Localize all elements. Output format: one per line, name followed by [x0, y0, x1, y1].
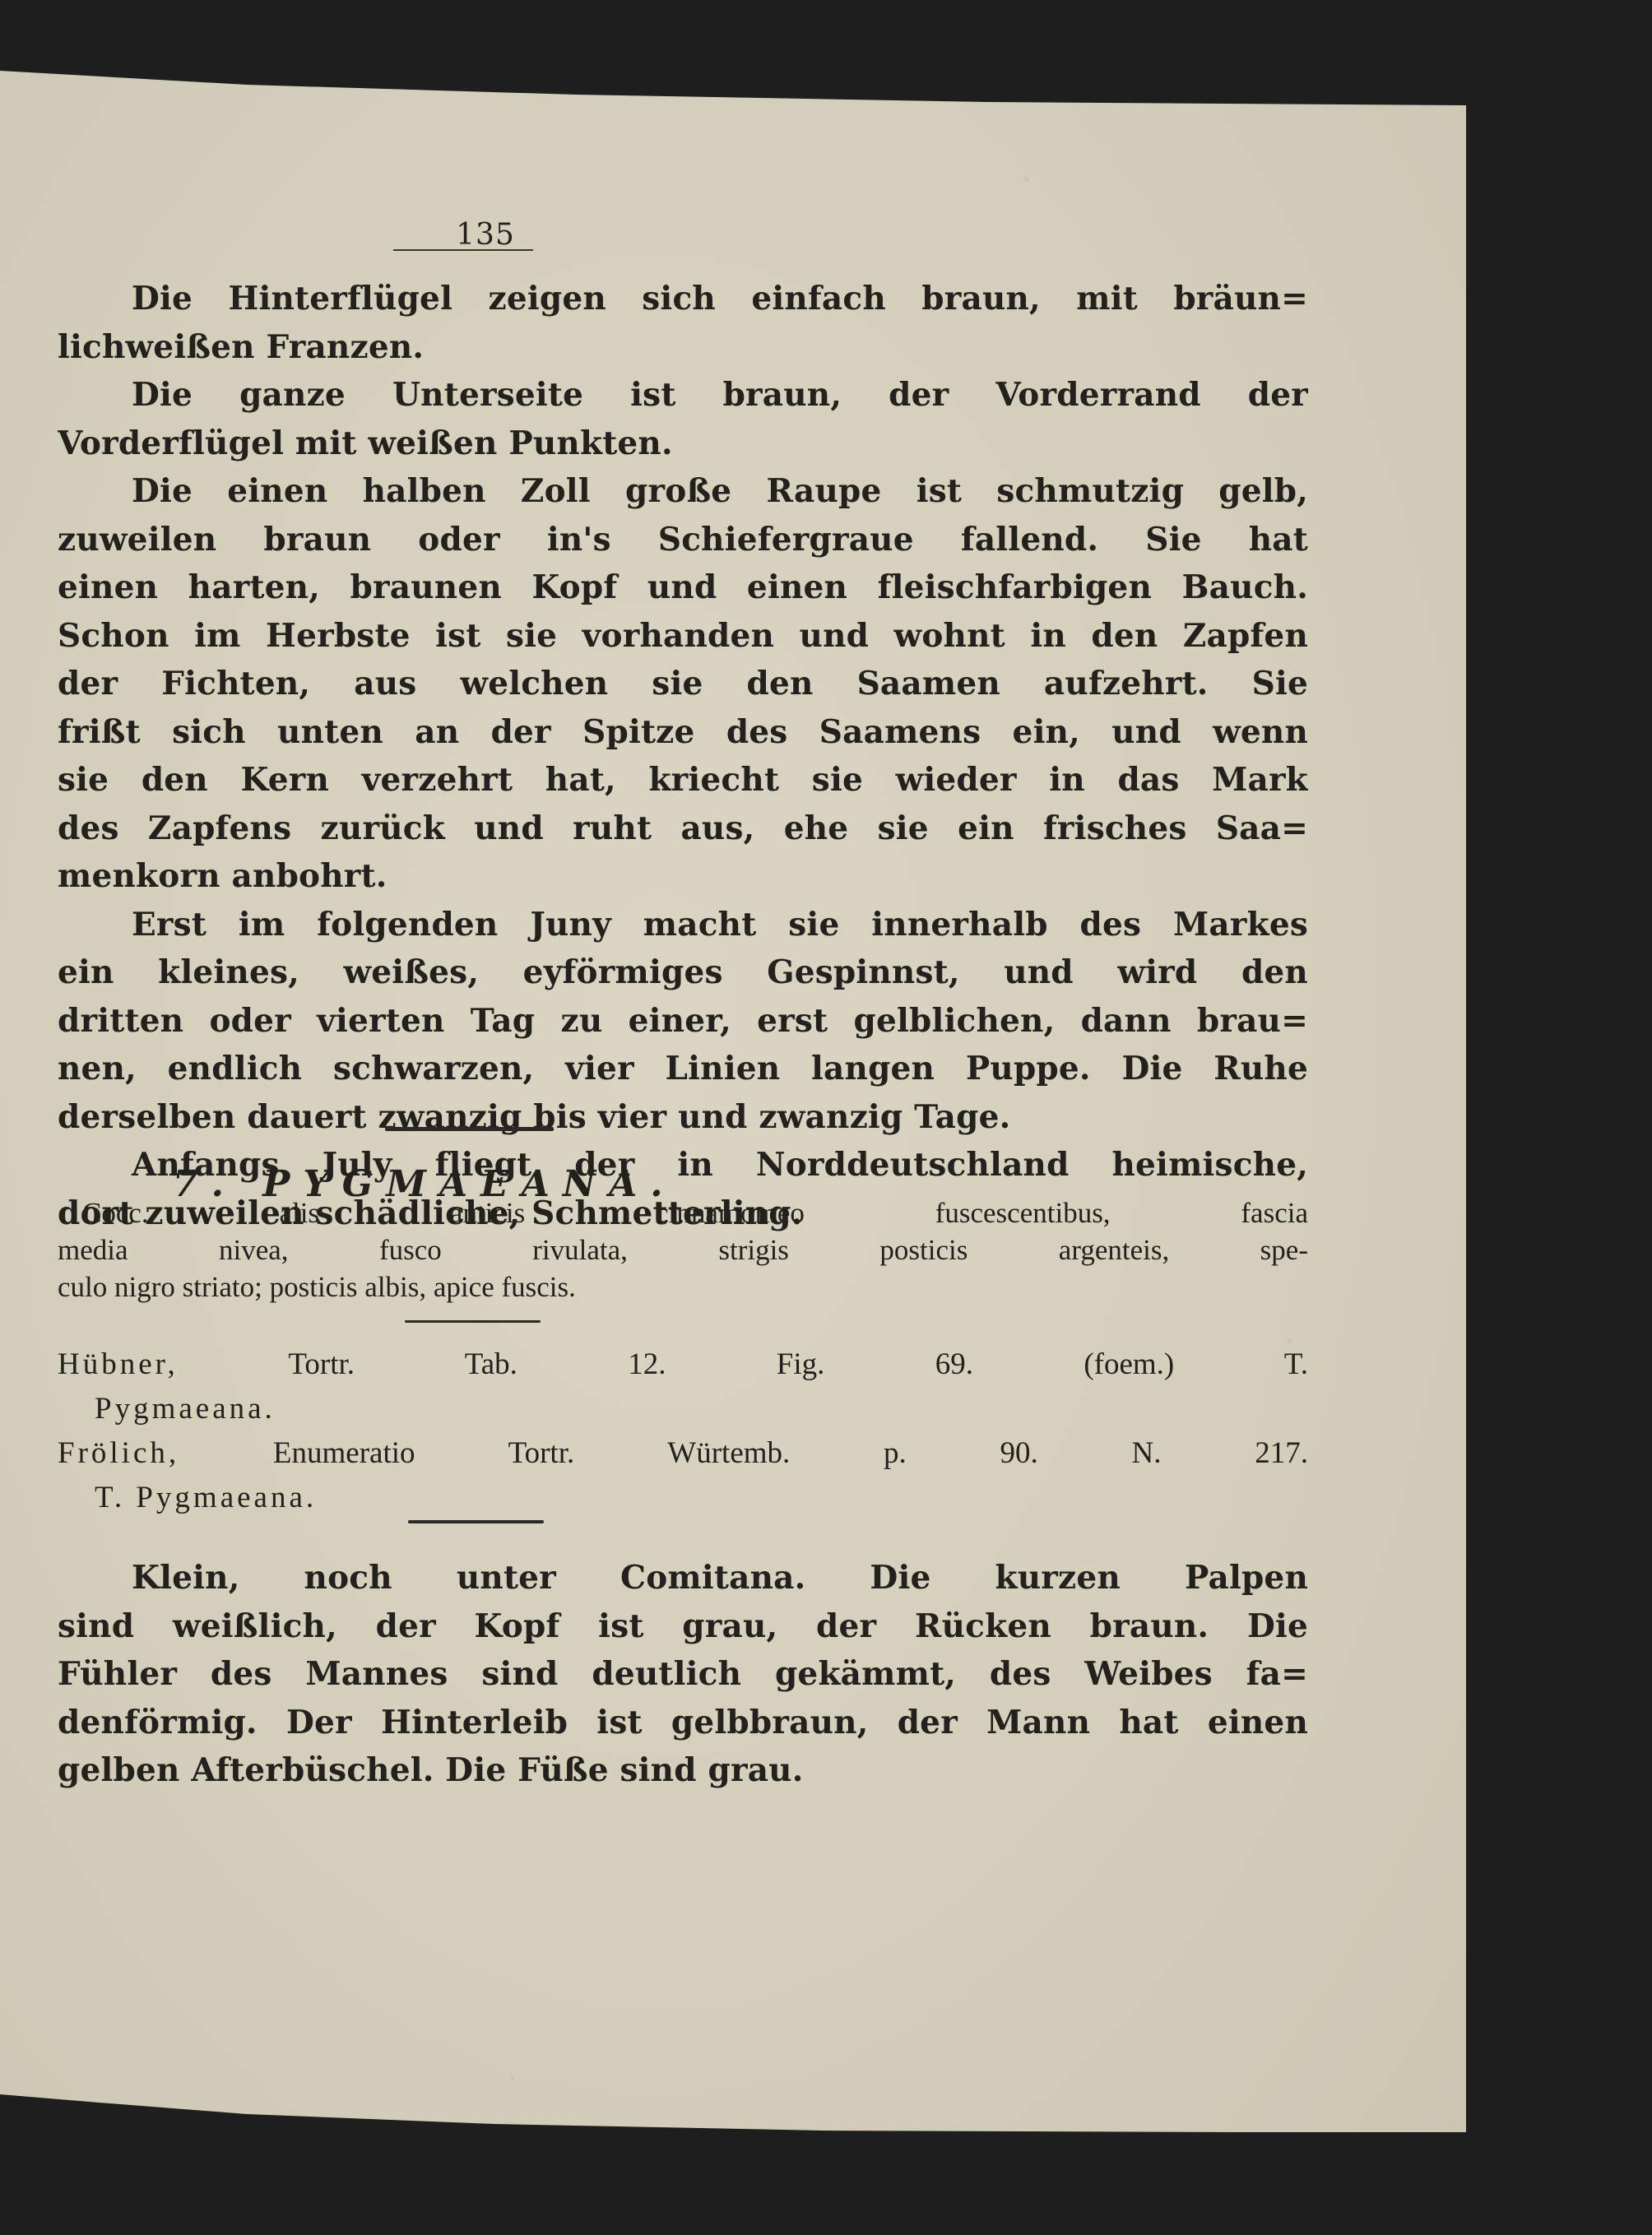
reference-author: Frölich,: [58, 1436, 179, 1470]
reference-hubner: Hübner, Tortr. Tab. 12. Fig. 69. (foem.)…: [58, 1342, 1308, 1387]
diagnosis-line: Cocc. alis anticis cinnamomeo fuscescent…: [82, 1194, 1308, 1231]
text-line: nen, endlich schwarzen, vier Linien lang…: [58, 1045, 1308, 1093]
page-number: 135: [436, 218, 535, 252]
text-line: einen harten, braunen Kopf und einen fle…: [58, 563, 1308, 612]
text-line: derselben dauert zwanzig bis vier und zw…: [58, 1093, 1308, 1142]
text-line: gelben Afterbüschel. Die Füße sind grau.: [58, 1746, 1308, 1795]
reference-text: Tortr. Tab. 12. Fig. 69. (foem.) T.: [288, 1347, 1308, 1381]
page-number-rule: [393, 249, 533, 251]
body-text-section-b: Klein, noch unter Comitana. Die kurzen P…: [58, 1554, 1308, 1795]
text-line: frißt sich unten an der Spitze des Saame…: [58, 708, 1308, 757]
text-line: Erst im folgenden Juny macht sie innerha…: [58, 901, 1308, 949]
text-line: Die einen halben Zoll große Raupe ist sc…: [58, 467, 1308, 516]
text-line: Klein, noch unter Comitana. Die kurzen P…: [58, 1554, 1308, 1602]
reference-text: Enumeratio Tortr. Würtemb. p. 90. N. 217…: [273, 1436, 1308, 1470]
text-line: Vorderflügel mit weißen Punkten.: [58, 420, 1308, 468]
text-line: Fühler des Mannes sind deutlich gekämmt,…: [58, 1650, 1308, 1699]
text-line: zuweilen braun oder in's Schiefergraue f…: [58, 516, 1308, 564]
text-line: sind weißlich, der Kopf ist grau, der Rü…: [58, 1602, 1308, 1651]
book-page: 135 Die Hinterflügel zeigen sich einfach…: [0, 0, 1466, 2235]
diagnosis-line: culo nigro striato; posticis albis, apic…: [58, 1268, 1308, 1305]
reference-author: Hübner,: [58, 1347, 179, 1381]
body-text-section-a: Die Hinterflügel zeigen sich einfach bra…: [58, 275, 1308, 1237]
text-line: Schon im Herbste ist sie vorhanden und w…: [58, 612, 1308, 661]
section-divider: [385, 1127, 554, 1131]
references-divider: [408, 1520, 544, 1523]
text-line: ein kleines, weißes, eyförmiges Gespinns…: [58, 948, 1308, 997]
species-diagnosis: Cocc. alis anticis cinnamomeo fuscescent…: [82, 1194, 1308, 1305]
diagnosis-line: media nivea, fusco rivulata, strigis pos…: [58, 1231, 1308, 1268]
reference-continuation: Pygmaeana.: [58, 1387, 1308, 1431]
text-line: menkorn anbohrt.: [58, 852, 1308, 901]
text-line: dritten oder vierten Tag zu einer, erst …: [58, 997, 1308, 1046]
references: Hübner, Tortr. Tab. 12. Fig. 69. (foem.)…: [58, 1342, 1308, 1520]
text-line: lichweißen Franzen.: [58, 323, 1308, 372]
reference-frolich: Frölich, Enumeratio Tortr. Würtemb. p. 9…: [58, 1431, 1308, 1476]
text-line: des Zapfens zurück und ruht aus, ehe sie…: [58, 805, 1308, 853]
text-line: der Fichten, aus welchen sie den Saamen …: [58, 660, 1308, 708]
text-line: sie den Kern verzehrt hat, kriecht sie w…: [58, 756, 1308, 805]
text-line: Die ganze Unterseite ist braun, der Vord…: [58, 371, 1308, 420]
diagnosis-divider: [405, 1320, 541, 1323]
text-line: denförmig. Der Hinterleib ist gelbbraun,…: [58, 1699, 1308, 1747]
reference-continuation: T. Pygmaeana.: [58, 1476, 1308, 1520]
text-line: Die Hinterflügel zeigen sich einfach bra…: [58, 275, 1308, 323]
